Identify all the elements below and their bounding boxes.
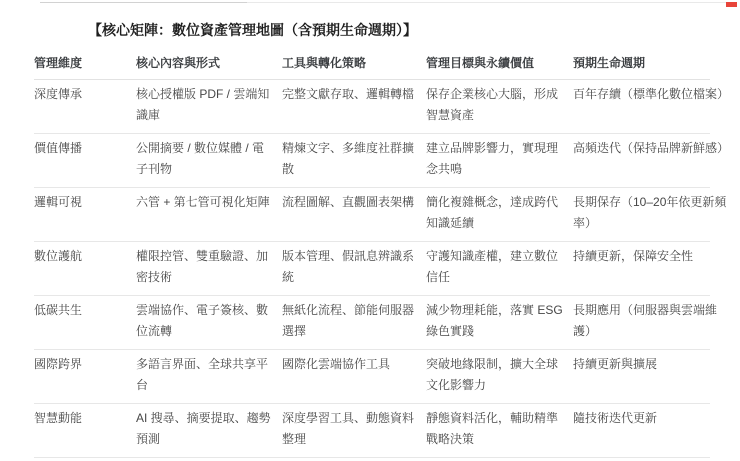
cell-dimension: 深度傳承 xyxy=(34,84,136,126)
table-row: 價值傳播 公開摘要 / 數位媒體 / 電 子刊物 精煉文字、多維度社群擴 散 建… xyxy=(34,134,710,188)
cell-goals-value: 減少物理耗能，落實 ESG 綠色實踐 xyxy=(426,300,573,342)
cell-lifecycle: 持續更新，保障安全性 xyxy=(573,246,710,288)
cell-content-form: 六管 + 第七管可視化矩陣 xyxy=(136,192,282,234)
cell-tools-strategy: 流程圖解、直觀圖表架構 xyxy=(282,192,426,234)
cell-tools-strategy: 版本管理、假訊息辨識系 統 xyxy=(282,246,426,288)
cell-dimension: 低碳共生 xyxy=(34,300,136,342)
cell-lifecycle: 長期保存（10–20年依更新頻 率） xyxy=(573,192,710,234)
table-header-row: 管理維度 核心內容與形式 工具與轉化策略 管理目標與永續價值 預期生命週期 xyxy=(34,50,710,80)
col-header-goals-value: 管理目標與永續價值 xyxy=(426,56,573,70)
cell-tools-strategy: 深度學習工具、動態資料 整理 xyxy=(282,408,426,450)
cell-tools-strategy: 完整文獻存取、邏輯轉檔 xyxy=(282,84,426,126)
cell-dimension: 邏輯可視 xyxy=(34,192,136,234)
top-divider xyxy=(40,2,730,3)
cell-lifecycle: 長期應用（伺服器與雲端維 護） xyxy=(573,300,710,342)
cell-content-form: 權限控管、雙重驗證、加 密技術 xyxy=(136,246,282,288)
table-row: 邏輯可視 六管 + 第七管可視化矩陣 流程圖解、直觀圖表架構 簡化複雜概念，達成… xyxy=(34,188,710,242)
red-marker-fragment xyxy=(726,2,737,7)
table-row: 智慧動能 AI 搜尋、摘要提取、趨勢 預測 深度學習工具、動態資料 整理 靜態資… xyxy=(34,404,710,458)
col-header-tools-strategy: 工具與轉化策略 xyxy=(282,56,426,70)
cell-goals-value: 建立品牌影響力，實現理 念共鳴 xyxy=(426,138,573,180)
col-header-content-form: 核心內容與形式 xyxy=(136,56,282,70)
page-title: 【核心矩陣：數位資產管理地圖（含預期生命週期）】 xyxy=(88,20,740,40)
cell-dimension: 價值傳播 xyxy=(34,138,136,180)
table-row: 國際跨界 多語言界面、全球共享平 台 國際化雲端協作工具 突破地緣限制，擴大全球… xyxy=(34,350,710,404)
cell-dimension: 國際跨界 xyxy=(34,354,136,396)
cell-goals-value: 靜態資料活化，輔助精準 戰略決策 xyxy=(426,408,573,450)
cell-goals-value: 突破地緣限制，擴大全球 文化影響力 xyxy=(426,354,573,396)
cell-dimension: 智慧動能 xyxy=(34,408,136,450)
cell-tools-strategy: 精煉文字、多維度社群擴 散 xyxy=(282,138,426,180)
cell-goals-value: 簡化複雜概念，達成跨代 知識延續 xyxy=(426,192,573,234)
cell-goals-value: 保存企業核心大腦，形成 智慧資產 xyxy=(426,84,573,126)
cell-lifecycle: 百年存續（標準化數位檔案） xyxy=(573,84,710,126)
col-header-dimension: 管理維度 xyxy=(34,56,136,70)
cell-content-form: 核心授權版 PDF / 雲端知 識庫 xyxy=(136,84,282,126)
cell-lifecycle: 高頻迭代（保持品牌新鮮感） xyxy=(573,138,710,180)
cell-tools-strategy: 國際化雲端協作工具 xyxy=(282,354,426,396)
cell-lifecycle: 持續更新與擴展 xyxy=(573,354,710,396)
matrix-table: 管理維度 核心內容與形式 工具與轉化策略 管理目標與永續價值 預期生命週期 深度… xyxy=(34,50,710,458)
cell-lifecycle: 隨技術迭代更新 xyxy=(573,408,710,450)
cell-content-form: AI 搜尋、摘要提取、趨勢 預測 xyxy=(136,408,282,450)
cell-dimension: 數位護航 xyxy=(34,246,136,288)
table-row: 低碳共生 雲端協作、電子簽核、數 位流轉 無紙化流程、節能伺服器 選擇 減少物理… xyxy=(34,296,710,350)
cell-content-form: 雲端協作、電子簽核、數 位流轉 xyxy=(136,300,282,342)
cell-tools-strategy: 無紙化流程、節能伺服器 選擇 xyxy=(282,300,426,342)
table-row: 深度傳承 核心授權版 PDF / 雲端知 識庫 完整文獻存取、邏輯轉檔 保存企業… xyxy=(34,80,710,134)
col-header-lifecycle: 預期生命週期 xyxy=(573,56,710,70)
cell-goals-value: 守護知識產權，建立數位 信任 xyxy=(426,246,573,288)
cell-content-form: 多語言界面、全球共享平 台 xyxy=(136,354,282,396)
table-row: 數位護航 權限控管、雙重驗證、加 密技術 版本管理、假訊息辨識系 統 守護知識產… xyxy=(34,242,710,296)
cell-content-form: 公開摘要 / 數位媒體 / 電 子刊物 xyxy=(136,138,282,180)
